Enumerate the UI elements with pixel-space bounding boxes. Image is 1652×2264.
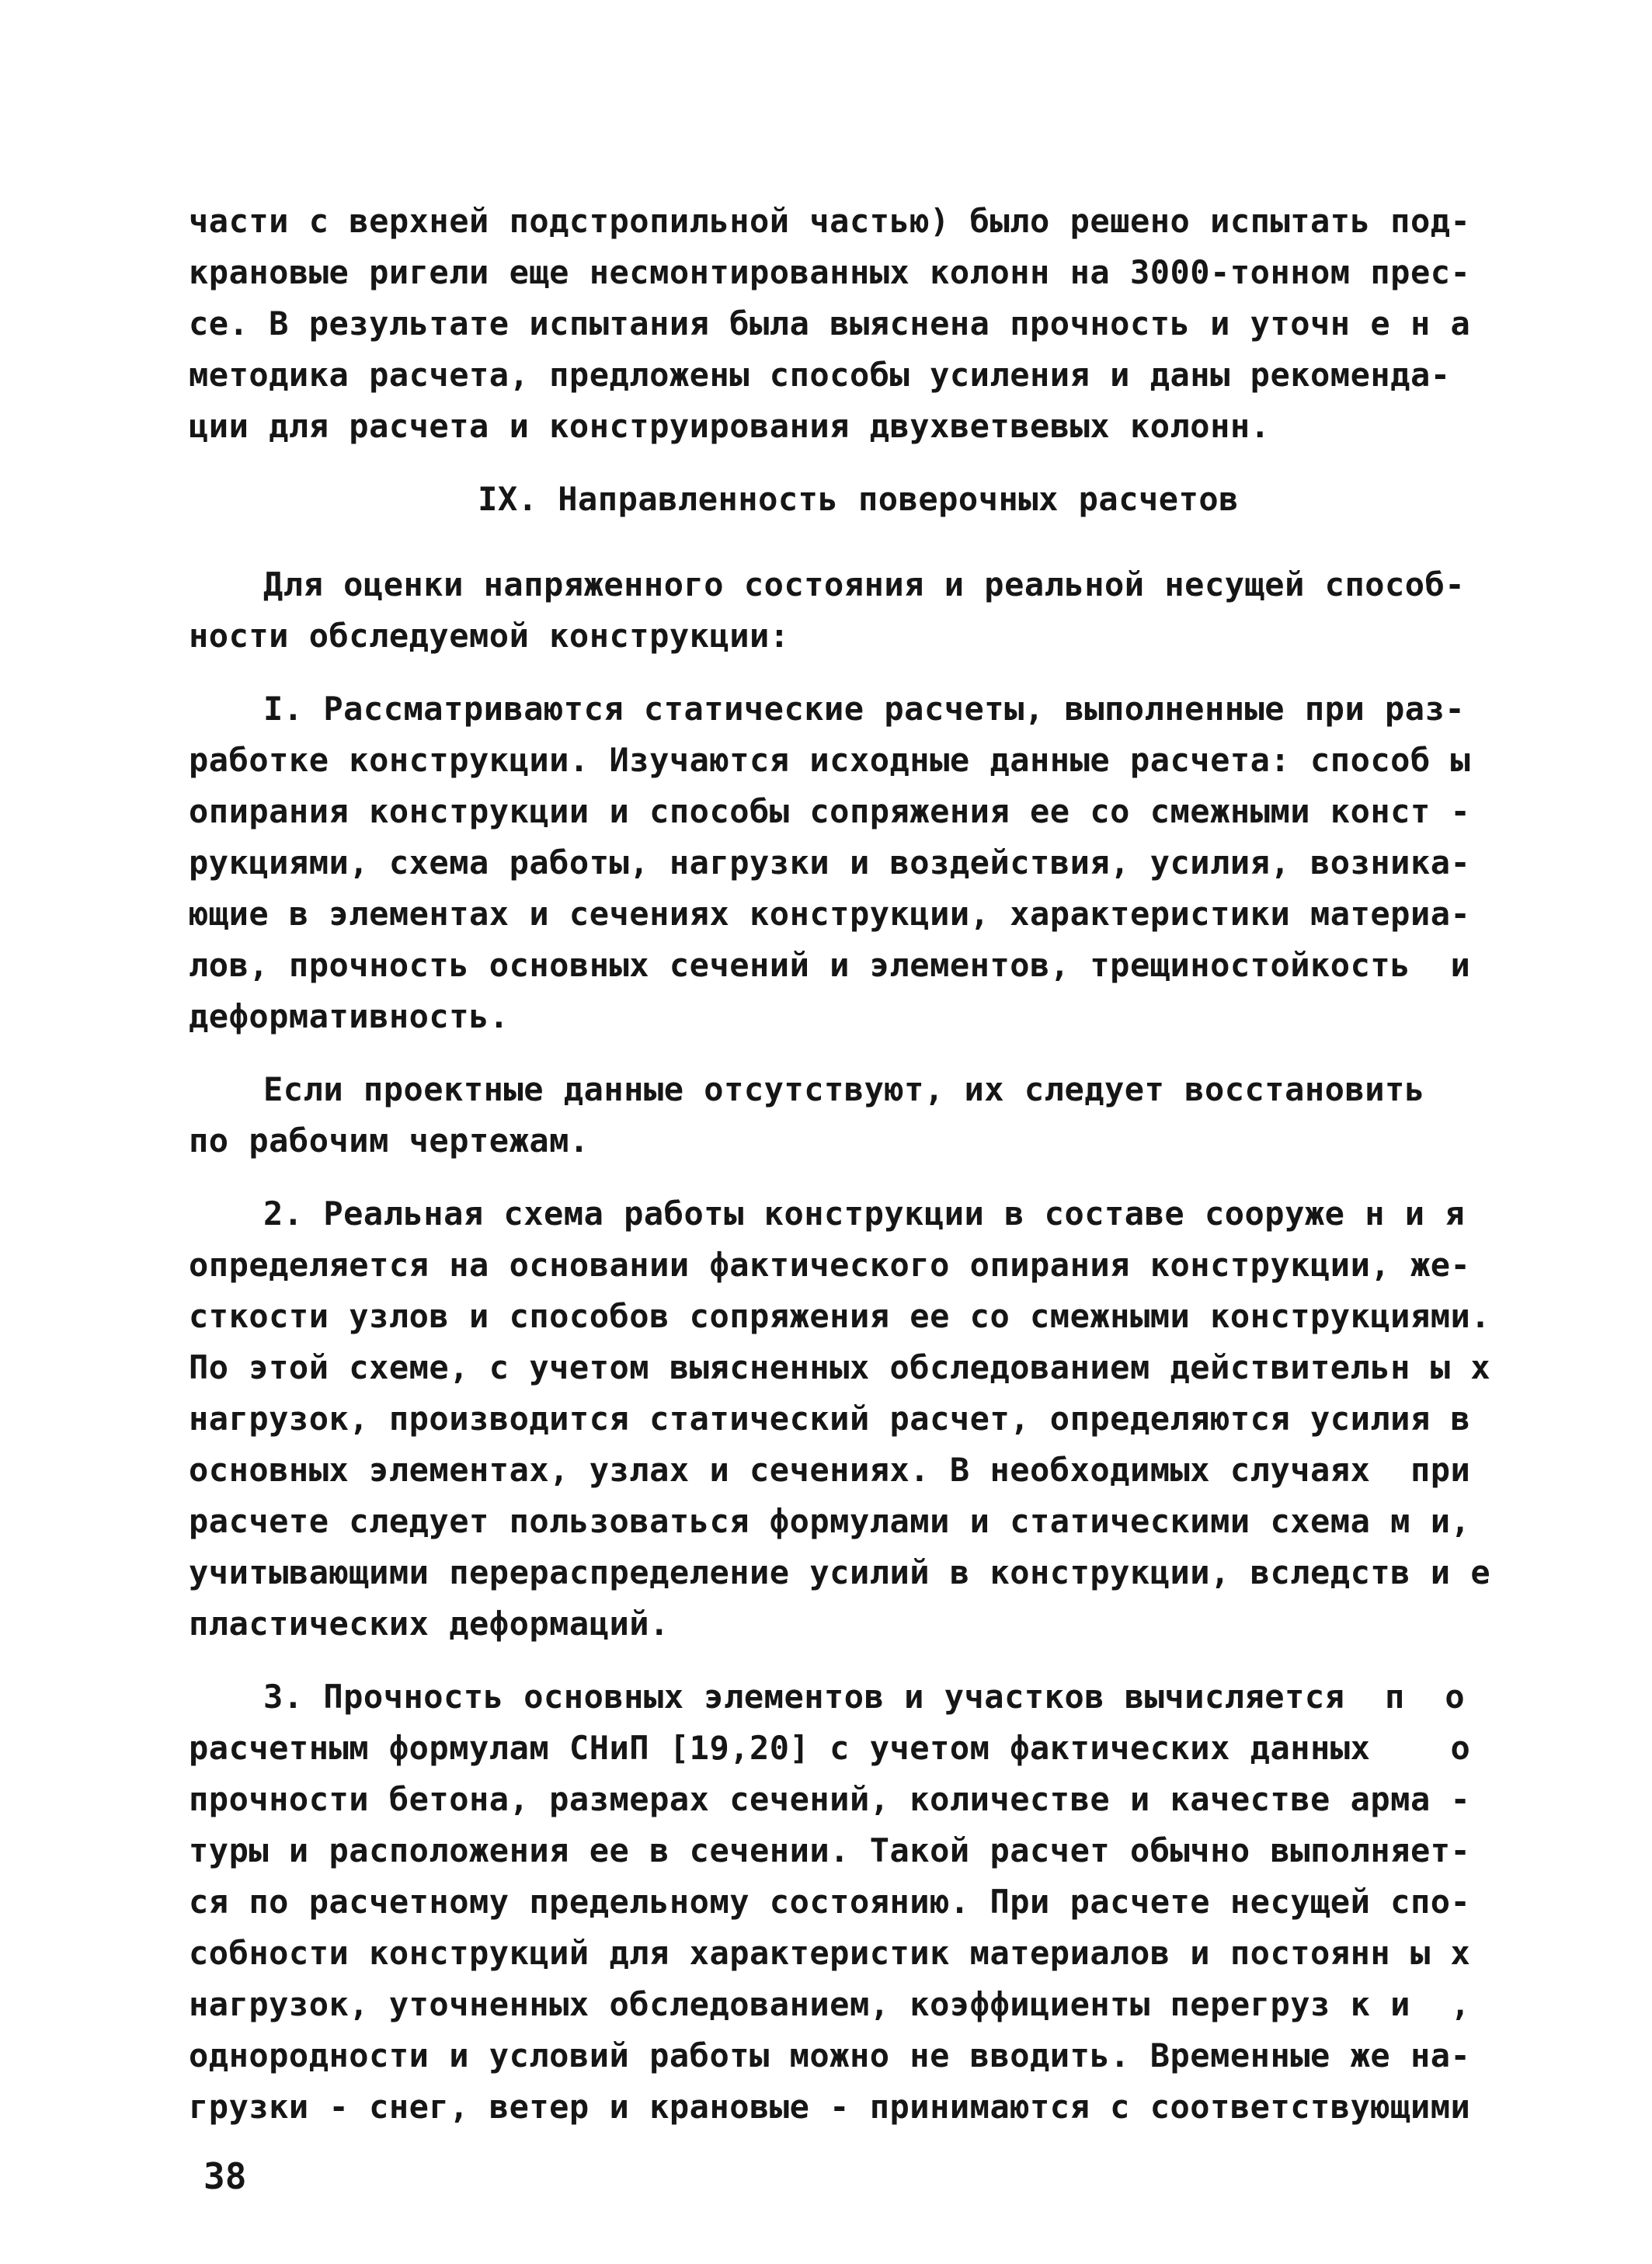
text-line: туры и расположения ее в сечении. Такой … — [189, 1825, 1528, 1876]
text-line: расчетным формулам СНиП [19,20] с учетом… — [189, 1723, 1528, 1774]
text-line: по рабочим чертежам. — [189, 1115, 1528, 1167]
text-line: однородности и условий работы можно не в… — [189, 2030, 1528, 2081]
text-line: деформативность. — [189, 991, 1528, 1042]
text-line: се. В результате испытания была выяснена… — [189, 298, 1528, 350]
text-line: определяется на основании фактического о… — [189, 1240, 1528, 1291]
text-line: ся по расчетному предельному состоянию. … — [189, 1876, 1528, 1928]
text-line: работке конструкции. Изучаются исходные … — [189, 735, 1528, 786]
text-line: грузки - снег, ветер и крановые - приним… — [189, 2081, 1528, 2133]
text-line: нагрузок, производится статический расче… — [189, 1393, 1528, 1445]
text-line: собности конструкций для характеристик м… — [189, 1928, 1528, 1979]
text-line: основных элементах, узлах и сечениях. В … — [189, 1445, 1528, 1496]
text-line: рукциями, схема работы, нагрузки и возде… — [189, 837, 1528, 889]
text-line: ции для расчета и конструирования двухве… — [189, 401, 1528, 452]
text-line: сткости узлов и способов сопряжения ее с… — [189, 1291, 1528, 1342]
text-line: учитывающими перераспределение усилий в … — [189, 1547, 1528, 1598]
text-line: По этой схеме, с учетом выясненных обсле… — [189, 1342, 1528, 1393]
document-text: части с верхней подстропильной частью) б… — [189, 196, 1528, 2154]
text-line: Если проектные данные отсутствуют, их сл… — [189, 1064, 1528, 1115]
paragraph: Для оценки напряженного состояния и реал… — [189, 559, 1528, 662]
paragraph: Если проектные данные отсутствуют, их сл… — [189, 1064, 1528, 1167]
text-line: пластических деформаций. — [189, 1598, 1528, 1650]
text-line: лов, прочность основных сечений и элемен… — [189, 940, 1528, 991]
text-line: Для оценки напряженного состояния и реал… — [189, 559, 1528, 610]
text-line: опирания конструкции и способы сопряжени… — [189, 786, 1528, 837]
text-line: крановые ригели еще несмонтированных кол… — [189, 247, 1528, 298]
text-line: части с верхней подстропильной частью) б… — [189, 196, 1528, 247]
text-line: нагрузок, уточненных обследованием, коэф… — [189, 1979, 1528, 2030]
paragraph: 3. Прочность основных элементов и участк… — [189, 1671, 1528, 2133]
scanned-document-page: { "doc": { "page_number": "38", "section… — [0, 0, 1652, 2264]
text-line: I. Рассматриваются статические расчеты, … — [189, 683, 1528, 735]
page-number: 38 — [203, 2156, 246, 2196]
section-heading: IX. Направленность поверочных расчетов — [189, 474, 1528, 525]
text-line: ности обследуемой конструкции: — [189, 610, 1528, 662]
text-line: прочности бетона, размерах сечений, коли… — [189, 1774, 1528, 1825]
text-line: расчете следует пользоваться формулами и… — [189, 1496, 1528, 1547]
text-line: 3. Прочность основных элементов и участк… — [189, 1671, 1528, 1723]
paragraph: части с верхней подстропильной частью) б… — [189, 196, 1528, 452]
paragraph: 2. Реальная схема работы конструкции в с… — [189, 1188, 1528, 1650]
text-line: ющие в элементах и сечениях конструкции,… — [189, 889, 1528, 940]
text-line: методика расчета, предложены способы уси… — [189, 350, 1528, 401]
paragraph: I. Рассматриваются статические расчеты, … — [189, 683, 1528, 1042]
text-line: 2. Реальная схема работы конструкции в с… — [189, 1188, 1528, 1240]
